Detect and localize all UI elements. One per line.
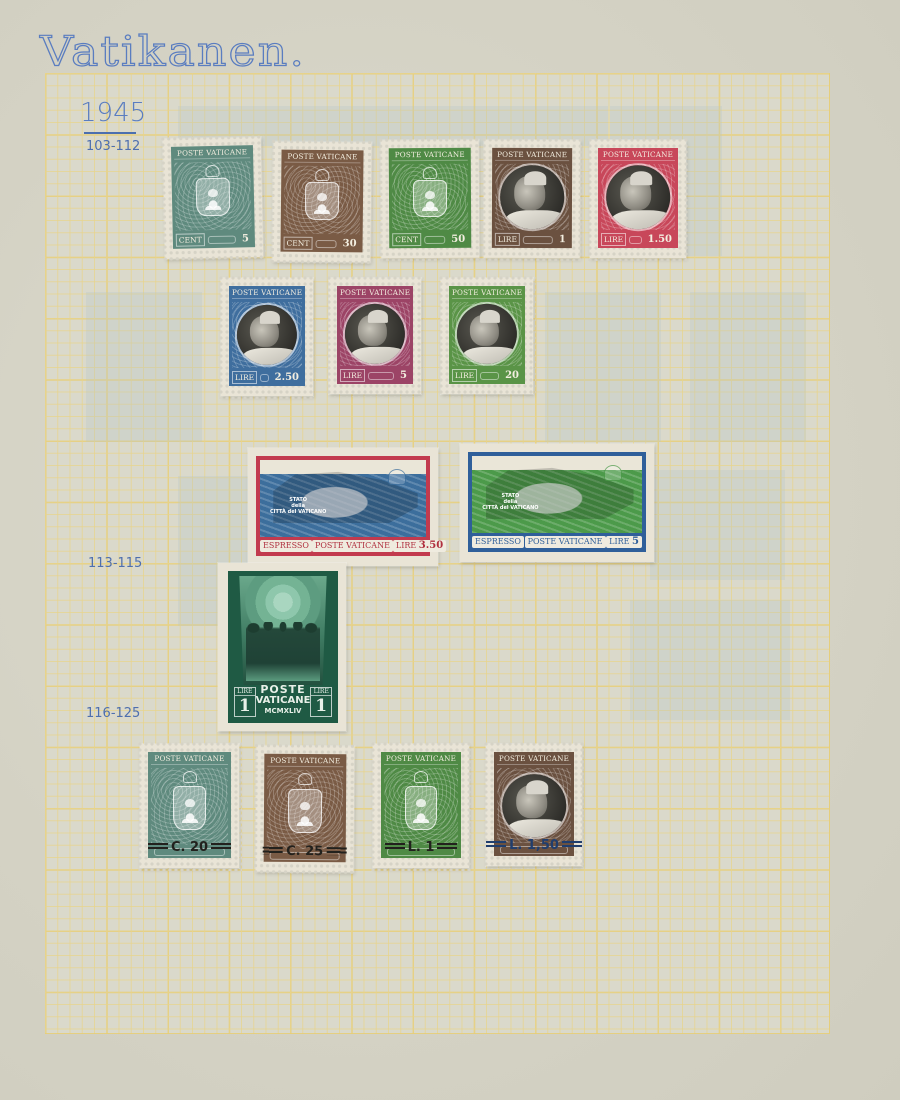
stamp-footer: LIRE5 (340, 369, 410, 382)
stamp-header: POSTE VATICANE (601, 150, 675, 161)
value-box: LIRE1 (234, 687, 256, 717)
ornament (208, 235, 236, 244)
coat-of-arms-icon (288, 789, 322, 833)
stamp-design (497, 768, 571, 843)
stamp-value: 1 (556, 234, 569, 245)
dove-icon (416, 799, 426, 807)
vatican-city-view: STATOdellaCITTÀ del VATICANO (472, 456, 642, 533)
coat-of-arms-icon (305, 182, 339, 220)
tiara-icon (205, 165, 219, 177)
stamp-frame: POSTE VATICANELIRE1.50 (598, 148, 678, 248)
inscription: STATOdellaCITTÀ del VATICANO (270, 497, 326, 515)
pope-portrait (606, 165, 670, 229)
stamp-footer: LIRE1.50 (601, 233, 675, 246)
express-stamp: STATOdellaCITTÀ del VATICANOESPRESSOPOST… (248, 448, 438, 566)
stamp-value: 1.50 (645, 234, 675, 245)
coat-of-arms-icon (405, 786, 438, 829)
mountains-icon (314, 202, 330, 214)
stamp: POSTE VATICANELIRE5 (329, 278, 421, 394)
dove-icon (425, 191, 435, 199)
stamp: POSTE VATICANECENT30 (272, 141, 371, 262)
stamp-design (232, 302, 302, 368)
surcharge-value: C. 20 (171, 840, 208, 855)
stamp-design (392, 164, 468, 230)
stamp-value: 30 (340, 238, 360, 249)
stamp-header: POSTE VATICANE (392, 150, 468, 161)
value-box: LIRE1 (310, 687, 332, 717)
dove-icon (317, 193, 327, 201)
country-label: POSTE VATICANE (525, 536, 606, 548)
stamp-header: POSTE VATICANE (151, 754, 228, 765)
stamp: POSTE VATICANEC. 25 (256, 746, 355, 873)
tiara-icon (183, 771, 197, 783)
ornament (629, 236, 642, 244)
pope-portrait (237, 305, 297, 365)
page-title: Vatikanen. (40, 27, 306, 76)
ghost-mark (630, 600, 790, 720)
stamp-footer: LIRE1POSTEVATICANEMCMXLIVLIRE1 (234, 687, 332, 717)
stamp-title: POSTEVATICANEMCMXLIV (256, 684, 311, 717)
ornament (480, 372, 499, 380)
stamp-frame: POSTE VATICANELIRE2.50 (229, 286, 305, 386)
mountains-icon (205, 198, 221, 210)
stamp: POSTE VATICANEL. 1 (373, 744, 469, 868)
surcharge-overprint: L. 1 (377, 840, 465, 854)
year-underline (84, 132, 136, 134)
christ-and-crowd-image (231, 576, 335, 685)
ghost-mark (650, 470, 785, 580)
stamp: POSTE VATICANEC. 20 (140, 744, 239, 868)
dove-icon (300, 802, 310, 810)
stamp-value: 5 (632, 536, 639, 547)
stamp-frame: LIRE1POSTEVATICANEMCMXLIVLIRE1 (228, 571, 338, 723)
stamp-value: 50 (448, 234, 468, 245)
stamp-header: POSTE VATICANE (174, 147, 250, 160)
surcharge-overprint: L. 1,50 (490, 838, 578, 852)
stamp-frame: STATOdellaCITTÀ del VATICANOESPRESSOPOST… (256, 456, 430, 556)
mountains-icon (422, 199, 438, 211)
stamp-value: 5 (397, 370, 410, 381)
stamp-design (495, 164, 569, 230)
stamp-footer: ESPRESSOPOSTE VATICANELIRE 3.50 (260, 540, 426, 552)
pope-portrait (500, 165, 564, 229)
ghost-mark (86, 292, 202, 442)
stamp-header: POSTE VATICANE (340, 288, 410, 299)
coat-of-arms-icon (413, 180, 447, 217)
surcharge-value: L. 1,50 (509, 838, 559, 853)
papal-emblem-icon (604, 465, 622, 481)
country-label: POSTE VATICANE (312, 540, 393, 552)
mountains-icon (182, 811, 198, 823)
stamp-year: MCMXLIV (256, 706, 311, 717)
stamp-header: POSTE VATICANE (384, 754, 458, 765)
express-stamp: STATOdellaCITTÀ del VATICANOESPRESSOPOST… (460, 444, 654, 562)
mountains-icon (413, 811, 429, 823)
tiara-icon (414, 771, 428, 783)
catalog-range-2: 113-115 (88, 556, 142, 571)
surcharge-value: C. 25 (286, 843, 323, 858)
stamp: POSTE VATICANELIRE1 (484, 140, 580, 258)
stamp-design (340, 302, 410, 366)
stamp-unit: LIRE (452, 369, 477, 382)
surcharge-overprint: C. 20 (144, 840, 235, 854)
inscription: STATOdellaCITTÀ del VATICANO (482, 493, 538, 511)
stamp-design (151, 768, 228, 845)
stamp-footer: LIRE20 (452, 369, 522, 382)
stamp-unit: CENT (176, 233, 205, 247)
stamp-value: 3.50 (419, 540, 443, 551)
stamp-design (601, 164, 675, 230)
stamp-value: 20 (502, 370, 522, 381)
stamp-footer: CENT5 (176, 232, 252, 247)
value-label: LIRE 5 (606, 536, 642, 548)
stamp-design (384, 768, 458, 845)
stamp-footer: CENT50 (392, 233, 468, 246)
pope-portrait (457, 304, 517, 364)
stamp-design (284, 166, 361, 235)
tiara-icon (423, 167, 437, 179)
express-label: ESPRESSO (472, 536, 524, 548)
ornament (368, 372, 394, 380)
stamp: POSTE VATICANECENT50 (381, 140, 480, 259)
coat-of-arms-icon (196, 178, 230, 217)
stamp-design (452, 302, 522, 366)
stamp-unit: LIRE (340, 369, 365, 382)
ornament (315, 239, 336, 247)
catalog-range-3: 116-125 (86, 706, 140, 721)
year-label: 1945 (80, 98, 146, 128)
stamp: POSTE VATICANELIRE2.50 (221, 278, 313, 396)
stamp-footer: CENT30 (283, 237, 359, 251)
stamp-footer: ESPRESSOPOSTE VATICANELIRE 5 (472, 536, 642, 548)
stamp-frame: POSTE VATICANELIRE20 (449, 286, 525, 384)
stamp-value: 2.50 (272, 372, 302, 383)
stamp-header: POSTE VATICANE (495, 150, 569, 161)
surcharge-value: L. 1 (408, 840, 435, 855)
stamp-frame: POSTE VATICANELIRE1 (492, 148, 572, 248)
charity-stamp: LIRE1POSTEVATICANEMCMXLIVLIRE1 (218, 563, 346, 731)
stamp-design (174, 161, 251, 231)
surcharge-overprint: C. 25 (260, 844, 350, 859)
catalog-range-1: 103-112 (86, 139, 140, 154)
stamp-design (267, 770, 344, 850)
express-label: ESPRESSO (260, 540, 312, 552)
stamp-unit: LIRE (495, 233, 520, 246)
stamp-frame: POSTE VATICANELIRE5 (337, 286, 413, 384)
ornament (523, 235, 553, 243)
stamp-header: POSTE VATICANE (284, 152, 360, 164)
ornament (260, 374, 269, 382)
stamp-unit: LIRE (232, 371, 257, 384)
stamp: POSTE VATICANELIRE20 (441, 278, 533, 394)
pope-portrait (502, 774, 566, 838)
stamp-frame: POSTE VATICANECENT30 (280, 150, 363, 253)
stamp-unit: CENT (392, 233, 421, 246)
tiara-icon (298, 773, 312, 785)
stamp-footer: LIRE1 (495, 233, 569, 246)
stamp-header: POSTE VATICANE (452, 288, 522, 299)
stamp-unit: LIRE (601, 233, 626, 246)
stamp-frame: POSTE VATICANECENT5 (171, 145, 255, 249)
ornament (424, 235, 445, 243)
stamp-value: 1 (315, 696, 327, 716)
pope-portrait (345, 304, 405, 364)
value-label: LIRE 3.50 (393, 540, 446, 552)
stamp-header: POSTE VATICANE (232, 288, 302, 299)
mountains-icon (297, 814, 313, 826)
stamp-frame: STATOdellaCITTÀ del VATICANOESPRESSOPOST… (468, 452, 646, 552)
dove-icon (185, 799, 195, 807)
papal-emblem-icon (388, 469, 406, 485)
vatican-city-view: STATOdellaCITTÀ del VATICANO (260, 460, 426, 537)
dove-icon (208, 189, 218, 197)
stamp-footer: LIRE2.50 (232, 371, 302, 384)
stamp-header: POSTE VATICANE (267, 756, 343, 768)
coat-of-arms-icon (173, 786, 207, 829)
stamp-value: 1 (239, 696, 251, 716)
ghost-mark (545, 292, 661, 442)
stamp: POSTE VATICANECENT5 (163, 137, 263, 259)
stamp-unit: CENT (283, 237, 312, 250)
ghost-mark (690, 292, 806, 442)
stamp: POSTE VATICANEL. 1,50 (486, 744, 582, 866)
tiara-icon (315, 169, 329, 181)
stamp-value: 5 (239, 233, 252, 244)
stamp-frame: POSTE VATICANECENT50 (389, 148, 472, 248)
stamp-header: POSTE VATICANE (497, 754, 571, 765)
stamp: POSTE VATICANELIRE1.50 (590, 140, 686, 258)
